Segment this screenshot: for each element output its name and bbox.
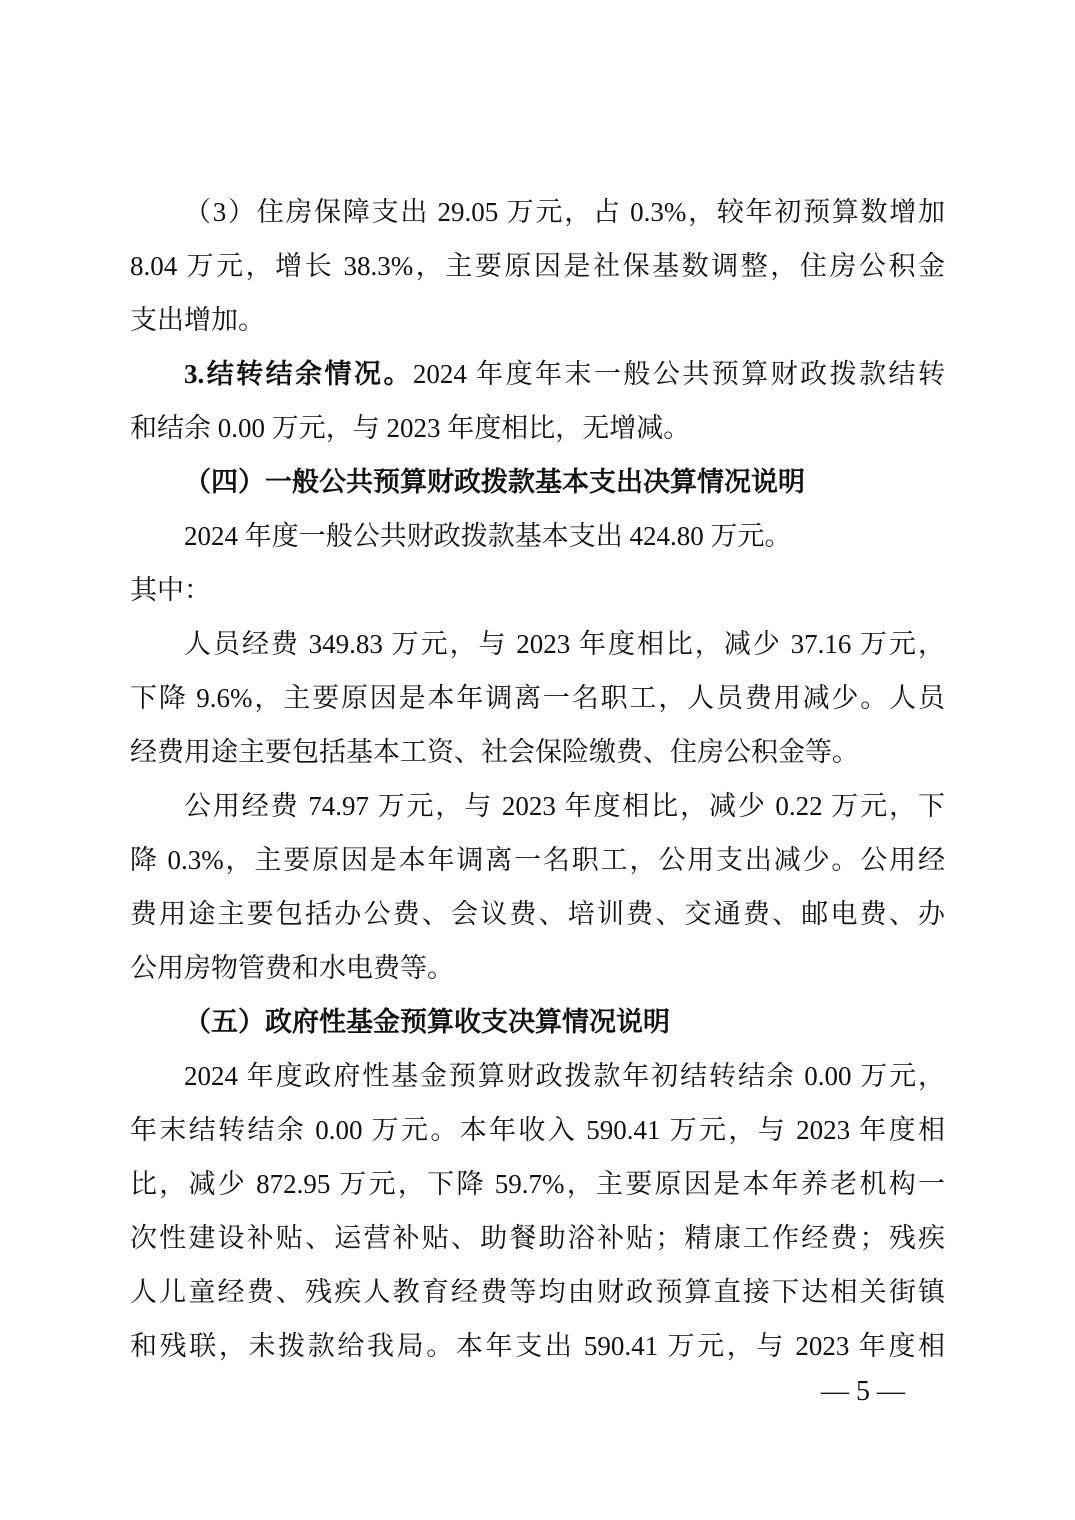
text-line: 比，减少 872.95 万元，下降 59.7%，主要原因是本年养老机构一 xyxy=(130,1157,945,1211)
text-line: 8.04 万元，增长 38.3%，主要原因是社保基数调整，住房公积金 xyxy=(130,239,945,293)
text-line: 经费用途主要包括基本工资、社会保险缴费、住房公积金等。 xyxy=(130,725,945,779)
text-line: 3.结转结余情况。2024 年度年末一般公共预算财政拨款结转 xyxy=(130,347,945,401)
body-text: 其中： xyxy=(130,575,211,605)
body-text: 降 0.3%，主要原因是本年调离一名职工，公用支出减少。公用经 xyxy=(130,845,945,875)
body-text: 下降 9.6%，主要原因是本年调离一名职工，人员费用减少。人员 xyxy=(130,683,945,713)
text-line: 公用经费 74.97 万元，与 2023 年度相比，减少 0.22 万元，下 xyxy=(130,779,945,833)
text-line: 公用房物管费和水电费等。 xyxy=(130,941,945,995)
body-text: 人员经费 349.83 万元，与 2023 年度相比，减少 37.16 万元， xyxy=(184,629,945,659)
text-line: 年末结转结余 0.00 万元。本年收入 590.41 万元，与 2023 年度相 xyxy=(130,1103,945,1157)
text-line: 降 0.3%，主要原因是本年调离一名职工，公用支出减少。公用经 xyxy=(130,833,945,887)
text-line: （四）一般公共预算财政拨款基本支出决算情况说明 xyxy=(130,455,945,509)
body-text: 年末结转结余 0.00 万元。本年收入 590.41 万元，与 2023 年度相 xyxy=(130,1115,945,1145)
text-line: 人儿童经费、残疾人教育经费等均由财政预算直接下达相关街镇 xyxy=(130,1265,945,1319)
body-text: 公用经费 74.97 万元，与 2023 年度相比，减少 0.22 万元，下 xyxy=(184,791,945,821)
heading-text: （五）政府性基金预算收支决算情况说明 xyxy=(184,1007,670,1037)
text-line: 次性建设补贴、运营补贴、助餐助浴补贴；精康工作经费；残疾 xyxy=(130,1211,945,1265)
body-text: 2024 年度年末一般公共预算财政拨款结转 xyxy=(413,359,945,389)
body-text: 2024 年度政府性基金预算财政拨款年初结转结余 0.00 万元， xyxy=(184,1061,945,1091)
body-text: 和结余 0.00 万元，与 2023 年度相比，无增减。 xyxy=(130,413,690,443)
body-text: 人儿童经费、残疾人教育经费等均由财政预算直接下达相关街镇 xyxy=(130,1277,945,1307)
text-line: 和结余 0.00 万元，与 2023 年度相比，无增减。 xyxy=(130,401,945,455)
body-text: 次性建设补贴、运营补贴、助餐助浴补贴；精康工作经费；残疾 xyxy=(130,1223,945,1253)
document-body: （3）住房保障支出 29.05 万元，占 0.3%，较年初预算数增加8.04 万… xyxy=(130,185,945,1373)
body-text: 8.04 万元，增长 38.3%，主要原因是社保基数调整，住房公积金 xyxy=(130,251,945,281)
text-line: 2024 年度政府性基金预算财政拨款年初结转结余 0.00 万元， xyxy=(130,1049,945,1103)
text-line: 人员经费 349.83 万元，与 2023 年度相比，减少 37.16 万元， xyxy=(130,617,945,671)
text-line: 2024 年度一般公共财政拨款基本支出 424.80 万元。 xyxy=(130,509,945,563)
body-text: （3）住房保障支出 29.05 万元，占 0.3%，较年初预算数增加 xyxy=(184,197,945,227)
body-text: 费用途主要包括办公费、会议费、培训费、交通费、邮电费、办 xyxy=(130,899,945,929)
body-text: 经费用途主要包括基本工资、社会保险缴费、住房公积金等。 xyxy=(130,737,859,767)
page-number-text: — 5 — xyxy=(821,1376,905,1407)
body-text: 比，减少 872.95 万元，下降 59.7%，主要原因是本年养老机构一 xyxy=(130,1169,945,1199)
text-line: 费用途主要包括办公费、会议费、培训费、交通费、邮电费、办 xyxy=(130,887,945,941)
heading-text: 3.结转结余情况。 xyxy=(184,359,413,389)
text-line: 支出增加。 xyxy=(130,293,945,347)
body-text: 支出增加。 xyxy=(130,305,265,335)
page-number: — 5 — xyxy=(821,1375,905,1409)
text-line: 下降 9.6%，主要原因是本年调离一名职工，人员费用减少。人员 xyxy=(130,671,945,725)
body-text: 和残联，未拨款给我局。本年支出 590.41 万元，与 2023 年度相 xyxy=(130,1331,945,1361)
body-text: 2024 年度一般公共财政拨款基本支出 424.80 万元。 xyxy=(184,521,792,551)
text-line: 其中： xyxy=(130,563,945,617)
text-line: （3）住房保障支出 29.05 万元，占 0.3%，较年初预算数增加 xyxy=(130,185,945,239)
document-page: （3）住房保障支出 29.05 万元，占 0.3%，较年初预算数增加8.04 万… xyxy=(0,0,1075,1520)
body-text: 公用房物管费和水电费等。 xyxy=(130,953,454,983)
text-line: （五）政府性基金预算收支决算情况说明 xyxy=(130,995,945,1049)
text-line: 和残联，未拨款给我局。本年支出 590.41 万元，与 2023 年度相 xyxy=(130,1319,945,1373)
heading-text: （四）一般公共预算财政拨款基本支出决算情况说明 xyxy=(184,467,805,497)
